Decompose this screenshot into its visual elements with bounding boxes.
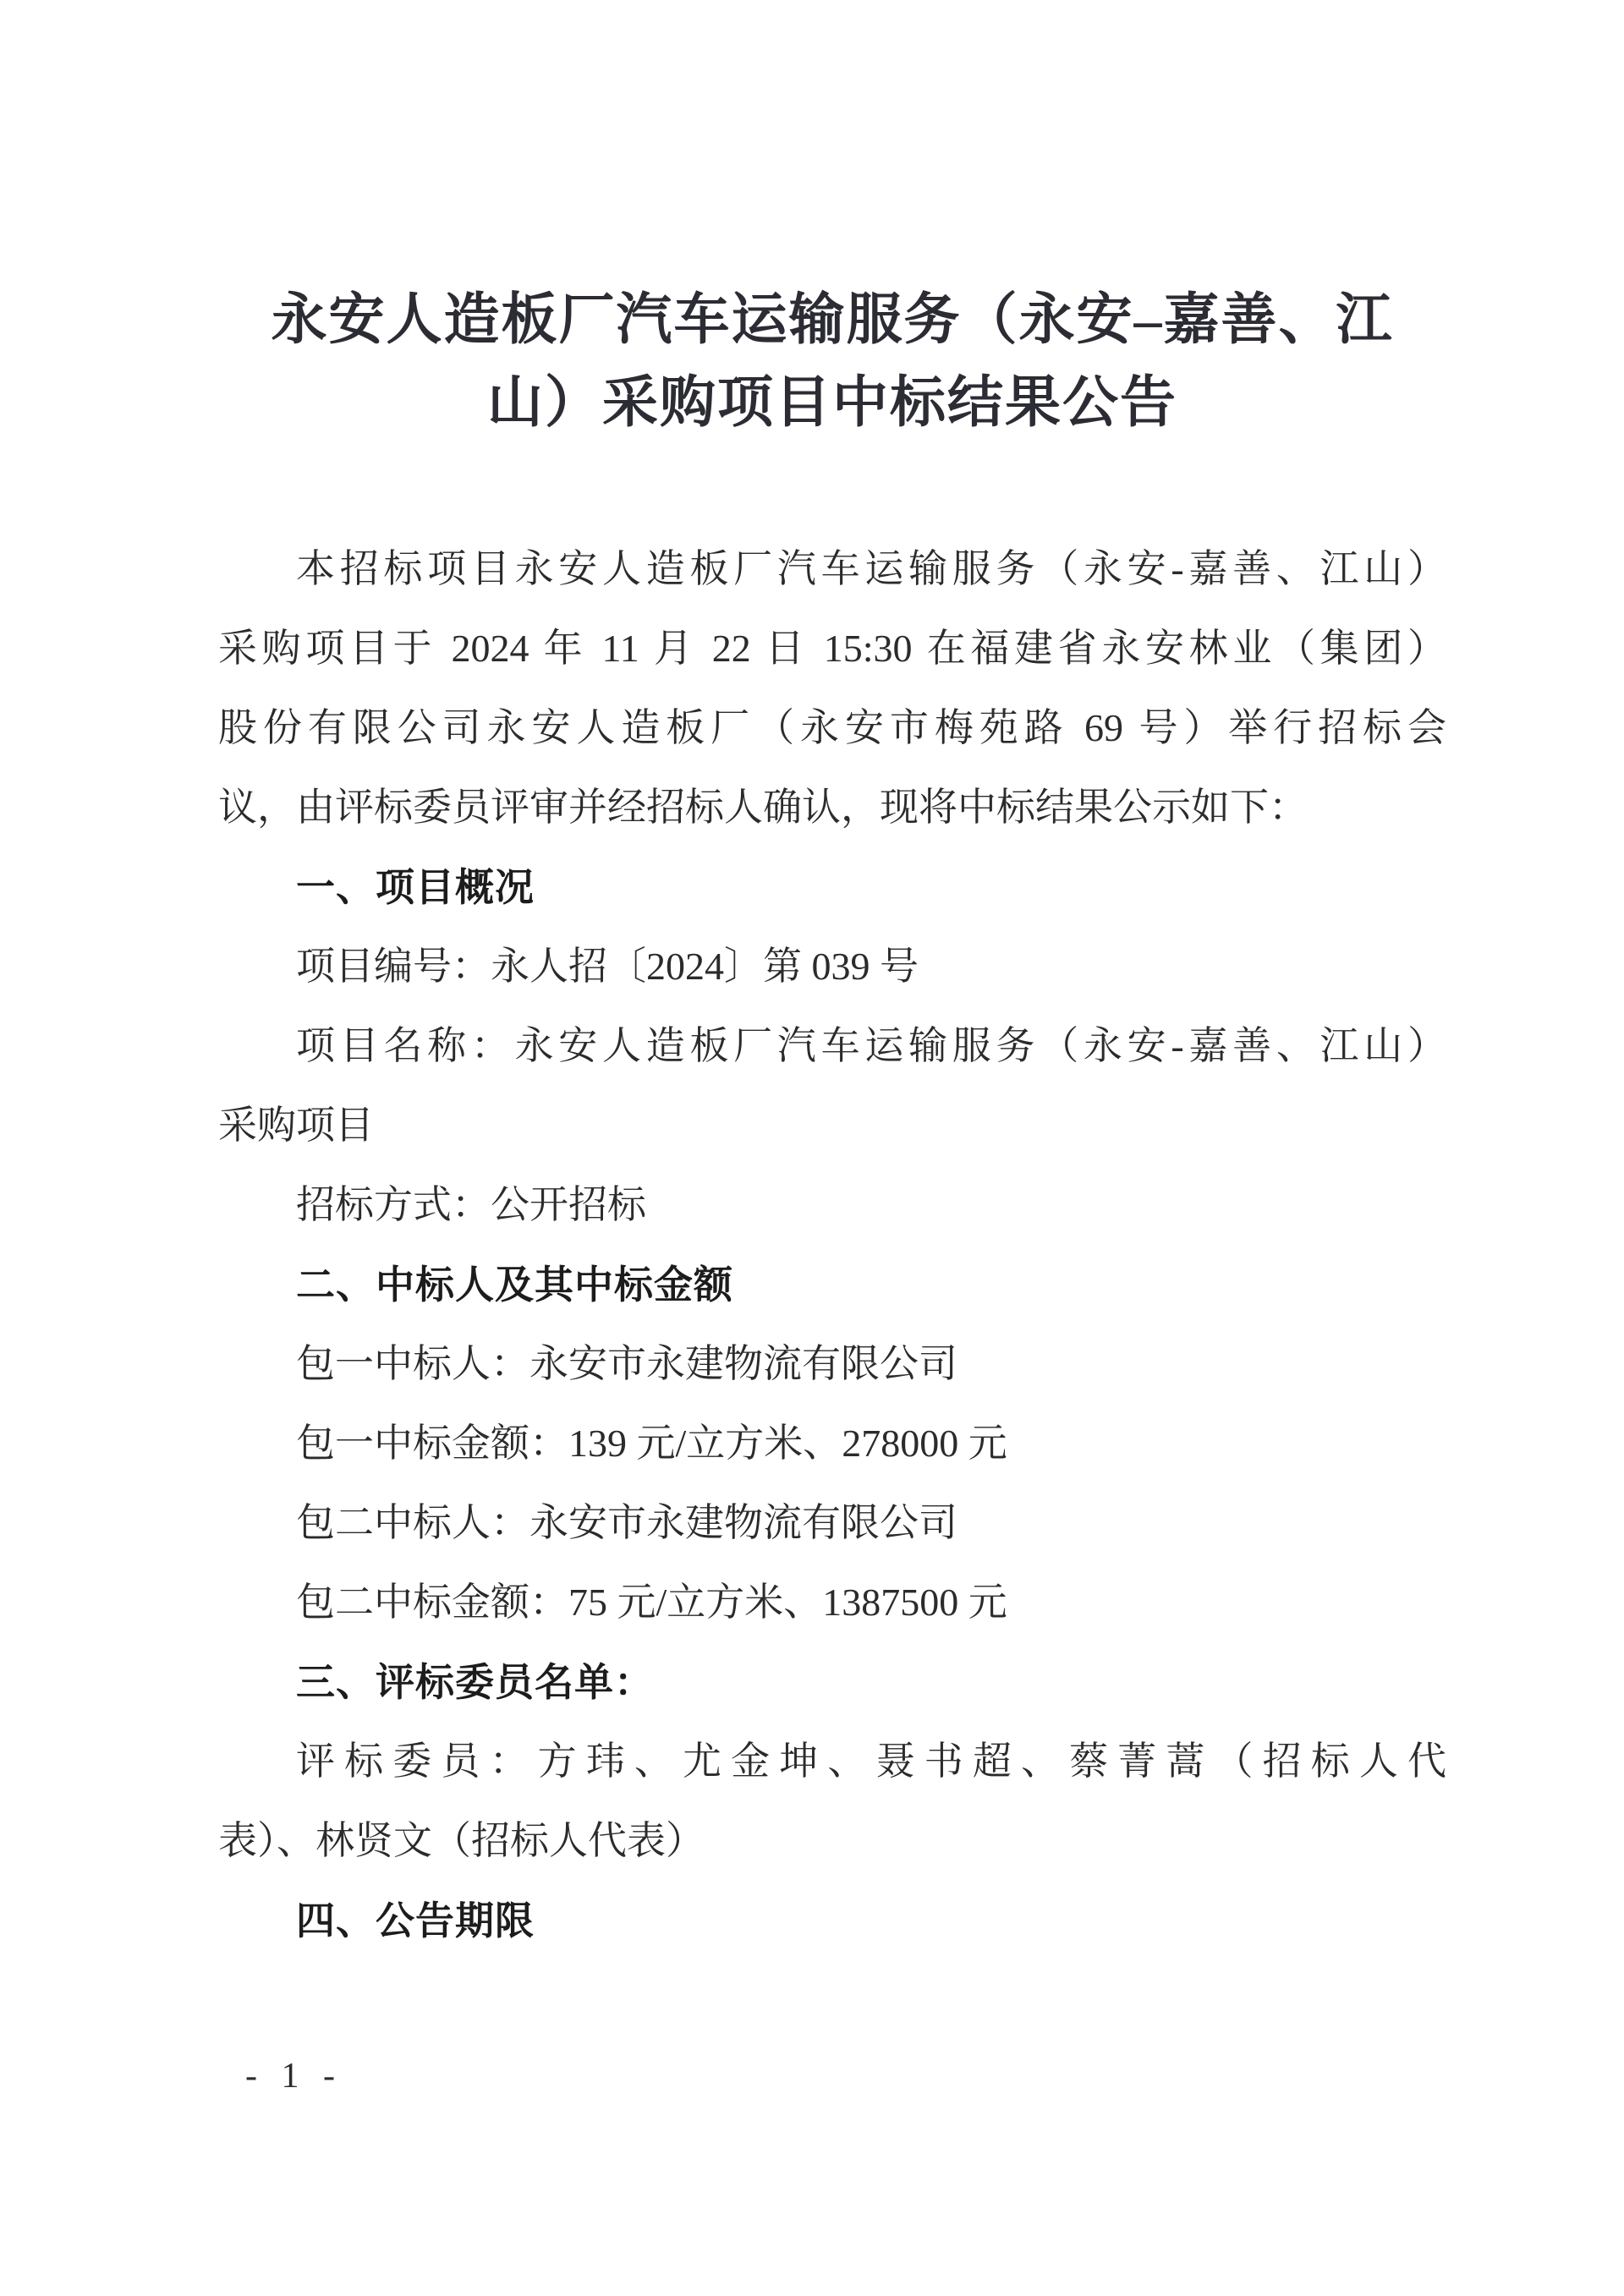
- document-body: 本招标项目永安人造板厂汽车运输服务（永安-嘉善、江山）采购项目于 2024 年 …: [218, 529, 1446, 1960]
- section-heading: 四、公告期限: [218, 1881, 1446, 1960]
- body-line: 表）、林贤文（招标人代表）: [218, 1801, 1446, 1881]
- document-page: 永安人造板厂汽车运输服务（永安–嘉善、江 山）采购项目中标结果公告 本招标项目永…: [0, 0, 1624, 2296]
- body-line: 股份有限公司永安人造板厂（永安市梅苑路 69 号）举行招标会: [218, 688, 1446, 768]
- body-line: 项目编号：永人招〔2024〕第 039 号: [218, 927, 1446, 1006]
- body-line: 项目名称：永安人造板厂汽车运输服务（永安-嘉善、江山）: [218, 1006, 1446, 1086]
- section-heading: 二、中标人及其中标金额: [218, 1245, 1446, 1324]
- document-title-line-1: 永安人造板厂汽车运输服务（永安–嘉善、江: [218, 279, 1446, 362]
- body-line: 包二中标金额：75 元/立方米、1387500 元: [218, 1563, 1446, 1642]
- body-line: 评标委员：方玮、尤金坤、聂书超、蔡菁蒿（招标人代: [218, 1722, 1446, 1801]
- body-line: 包一中标人：永安市永建物流有限公司: [218, 1324, 1446, 1404]
- section-heading: 三、评标委员名单：: [218, 1642, 1446, 1722]
- body-line: 采购项目: [218, 1086, 1446, 1165]
- body-line: 议，由评标委员评审并经招标人确认，现将中标结果公示如下：: [218, 768, 1446, 847]
- document-title-line-2: 山）采购项目中标结果公告: [218, 362, 1446, 445]
- page-number: - 1 -: [245, 2055, 337, 2097]
- body-line: 招标方式：公开招标: [218, 1165, 1446, 1245]
- document-title: 永安人造板厂汽车运输服务（永安–嘉善、江 山）采购项目中标结果公告: [218, 279, 1446, 445]
- body-line: 本招标项目永安人造板厂汽车运输服务（永安-嘉善、江山）: [218, 529, 1446, 609]
- body-line: 包一中标金额：139 元/立方米、278000 元: [218, 1404, 1446, 1483]
- section-heading: 一、项目概况: [218, 847, 1446, 927]
- body-line: 包二中标人：永安市永建物流有限公司: [218, 1483, 1446, 1563]
- body-line: 采购项目于 2024 年 11 月 22 日 15:30 在福建省永安林业（集团…: [218, 609, 1446, 688]
